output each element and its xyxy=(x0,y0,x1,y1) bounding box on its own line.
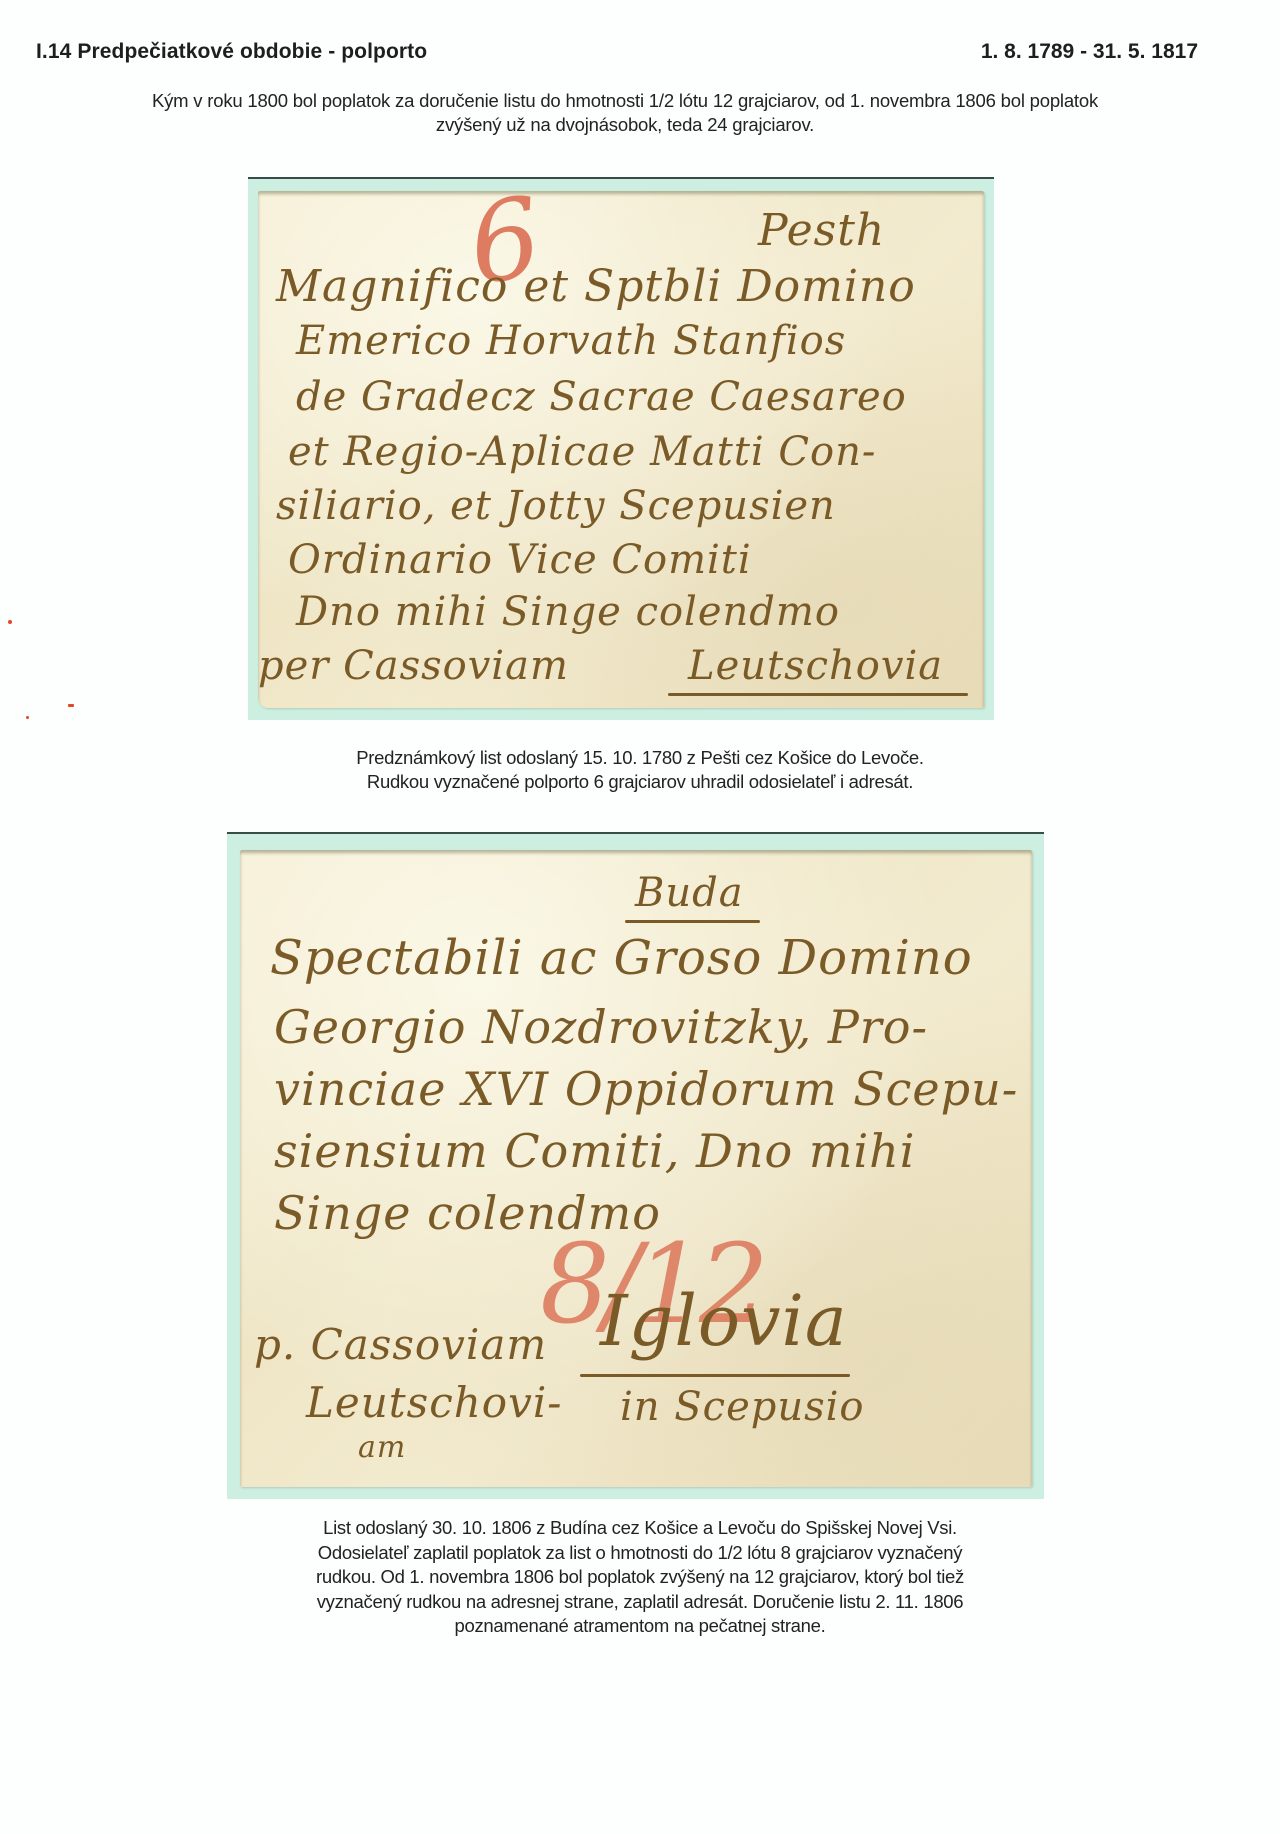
caption-line: poznamenané atramentom na pečatnej stran… xyxy=(210,1614,1070,1639)
handwritten-line: siensium Comiti, Dno mihi xyxy=(274,1124,916,1178)
handwritten-line: Emerico Horvath Stanfios xyxy=(296,318,846,364)
handwritten-line: Dno mihi Singe colendmo xyxy=(296,589,840,635)
handwritten-origin: Buda xyxy=(635,870,744,916)
handwritten-destination-sub: in Scepusio xyxy=(620,1384,865,1430)
handwritten-line: de Gradecz Sacrae Caesareo xyxy=(296,374,907,420)
period-dates: 1. 8. 1789 - 31. 5. 1817 xyxy=(981,40,1198,64)
scan-speck xyxy=(26,716,29,719)
origin-underline xyxy=(625,920,760,923)
intro-text: Kým v roku 1800 bol poplatok za doručeni… xyxy=(40,89,1210,137)
handwritten-line: vinciae XVI Oppidorum Scepu- xyxy=(274,1062,1018,1116)
handwritten-route: Leutschovi- xyxy=(306,1378,562,1427)
intro-line: zvýšený už na dvojnásobok, teda 24 grajc… xyxy=(40,113,1210,137)
caption-line: Rudkou vyznačené polporto 6 grajciarov u… xyxy=(240,770,1040,794)
handwritten-line: siliario, et Jotty Scepusien xyxy=(276,483,836,529)
letter-1-image: 6 Pesth Magnifico et Sptbli Domino Emeri… xyxy=(258,191,984,708)
caption-line: Predznámkový list odoslaný 15. 10. 1780 … xyxy=(240,746,1040,770)
destination-underline xyxy=(580,1374,850,1377)
handwritten-line: et Regio-Aplicae Matti Con- xyxy=(288,429,876,475)
handwritten-origin: Pesth xyxy=(758,205,885,256)
caption-line: vyznačený rudkou na adresnej strane, zap… xyxy=(210,1590,1070,1615)
letter-2-mount: Buda Spectabili ac Groso Domino Georgio … xyxy=(227,832,1044,1499)
caption-line: List odoslaný 30. 10. 1806 z Budína cez … xyxy=(210,1516,1070,1541)
page-title: I.14 Predpečiatkové obdobie - polporto xyxy=(36,40,427,64)
handwritten-line: Georgio Nozdrovitzky, Pro- xyxy=(274,1000,928,1054)
handwritten-route: p. Cassoviam xyxy=(254,1320,547,1369)
handwritten-route: am xyxy=(358,1430,406,1465)
letter-2-image: Buda Spectabili ac Groso Domino Georgio … xyxy=(240,850,1032,1487)
handwritten-route: per Cassoviam xyxy=(258,643,569,689)
caption-line: rudkou. Od 1. novembra 1806 bol poplatok… xyxy=(210,1565,1070,1590)
handwritten-destination: Leutschovia xyxy=(688,643,943,689)
intro-line: Kým v roku 1800 bol poplatok za doručeni… xyxy=(40,89,1210,113)
letter-1-caption: Predznámkový list odoslaný 15. 10. 1780 … xyxy=(240,746,1040,794)
letter-2-caption: List odoslaný 30. 10. 1806 z Budína cez … xyxy=(210,1516,1070,1639)
handwritten-line: Ordinario Vice Comiti xyxy=(288,537,752,583)
handwritten-line: Magnifico et Sptbli Domino xyxy=(276,261,916,312)
scan-speck xyxy=(68,704,74,707)
caption-line: Odosielateľ zaplatil poplatok za list o … xyxy=(210,1541,1070,1566)
scan-speck xyxy=(8,620,12,624)
handwritten-line: Spectabili ac Groso Domino xyxy=(270,930,973,986)
letter-1-mount: 6 Pesth Magnifico et Sptbli Domino Emeri… xyxy=(248,177,994,720)
destination-underline xyxy=(668,693,968,696)
handwritten-destination: Iglovia xyxy=(600,1280,848,1362)
